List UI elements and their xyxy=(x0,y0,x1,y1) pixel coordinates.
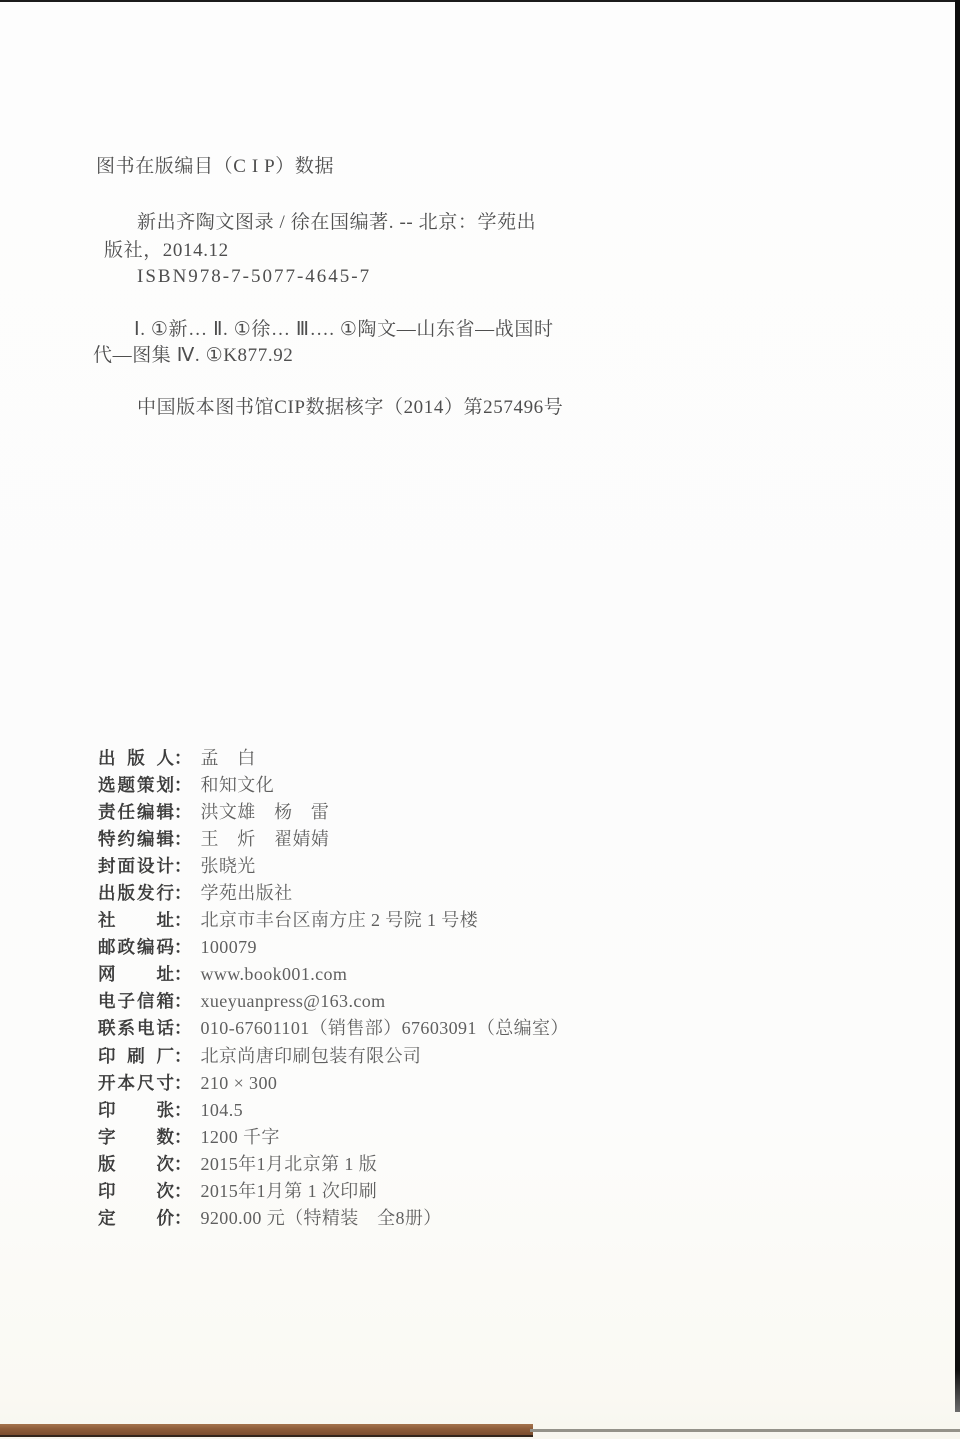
colophon-row-colon: ： xyxy=(174,883,192,903)
colophon-row: 开本尺寸：210 × 300 xyxy=(98,1070,858,1097)
colophon-row: 印张：104.5 xyxy=(98,1097,858,1124)
colophon-row: 印刷厂：北京尚唐印刷包装有限公司 xyxy=(98,1043,858,1070)
scan-bottom-line xyxy=(530,1429,960,1432)
colophon-row: 字数：1200 千字 xyxy=(98,1124,858,1151)
colophon-row-value: 洪文雄 杨 雷 xyxy=(201,802,330,822)
colophon-row: 电子信箱：xueyuanpress@163.com xyxy=(98,988,858,1015)
colophon-row-colon: ： xyxy=(174,1154,192,1174)
colophon-row-value: 2015年1月第 1 次印刷 xyxy=(201,1181,378,1201)
colophon-row: 版次：2015年1月北京第 1 版 xyxy=(98,1151,858,1178)
book-colophon-page: 图书在版编目（C I P）数据 新出齐陶文图录 / 徐在国编著. -- 北京：学… xyxy=(0,0,960,1439)
colophon-row-colon: ： xyxy=(174,1181,192,1201)
colophon-row: 封面设计：张晓光 xyxy=(98,853,858,880)
colophon-row-label: 责任编辑 xyxy=(98,799,174,826)
colophon-row-colon: ： xyxy=(174,775,192,795)
colophon-row-colon: ： xyxy=(174,1073,192,1093)
colophon-row: 特约编辑：王 炘 翟婧婧 xyxy=(98,826,858,853)
colophon-row-value: 210 × 300 xyxy=(201,1073,278,1093)
cip-title-line-2: 版社，2014.12 xyxy=(104,240,229,262)
colophon-row-label: 开本尺寸 xyxy=(98,1070,174,1097)
colophon-row-colon: ： xyxy=(174,937,192,957)
colophon-row-value: 100079 xyxy=(201,937,257,957)
cip-title-line-1: 新出齐陶文图录 / 徐在国编著. -- 北京：学苑出 xyxy=(137,212,536,234)
colophon-row-value: xueyuanpress@163.com xyxy=(201,991,386,1011)
colophon-row: 出版人：孟 白 xyxy=(98,745,858,772)
colophon-row-label: 网址 xyxy=(98,961,174,988)
colophon-row: 出版发行：学苑出版社 xyxy=(98,880,858,907)
colophon-row: 责任编辑：洪文雄 杨 雷 xyxy=(98,799,858,826)
cip-record-number: 中国版本图书馆CIP数据核字（2014）第257496号 xyxy=(137,397,563,419)
colophon-row-label: 版次 xyxy=(98,1151,174,1178)
colophon-row-colon: ： xyxy=(174,991,192,1011)
colophon-row-colon: ： xyxy=(174,1100,192,1120)
colophon-row-value: www.book001.com xyxy=(201,964,348,984)
colophon-row-label: 印张 xyxy=(98,1097,174,1124)
colophon-row-value: 9200.00 元（特精装 全8册） xyxy=(201,1208,442,1228)
colophon-row-label: 印次 xyxy=(98,1178,174,1205)
colophon-row-value: 104.5 xyxy=(201,1100,244,1120)
colophon-row: 选题策划：和知文化 xyxy=(98,772,858,799)
colophon-row-colon: ： xyxy=(174,829,192,849)
colophon-row-colon: ： xyxy=(174,748,192,768)
colophon-row-label: 特约编辑 xyxy=(98,826,174,853)
colophon-row: 定价：9200.00 元（特精装 全8册） xyxy=(98,1205,858,1232)
colophon-row-value: 北京尚唐印刷包装有限公司 xyxy=(201,1046,422,1066)
colophon-row-value: 2015年1月北京第 1 版 xyxy=(201,1154,378,1174)
cip-classification-line-2: 代—图集 Ⅳ. ①K877.92 xyxy=(93,345,293,367)
colophon-row-label: 出版人 xyxy=(98,745,174,772)
colophon-row-label: 定价 xyxy=(98,1205,174,1232)
colophon-row-label: 选题策划 xyxy=(98,772,174,799)
colophon-row-colon: ： xyxy=(174,1127,192,1147)
scan-right-edge xyxy=(955,0,960,1412)
colophon-row-colon: ： xyxy=(174,1018,192,1038)
colophon-list: 出版人：孟 白选题策划：和知文化责任编辑：洪文雄 杨 雷特约编辑：王 炘 翟婧婧… xyxy=(98,745,858,1232)
colophon-row-value: 孟 白 xyxy=(201,748,256,768)
cip-isbn: ISBN978-7-5077-4645-7 xyxy=(137,266,371,288)
colophon-row-colon: ： xyxy=(174,910,192,930)
colophon-row-value: 010-67601101（销售部）67603091（总编室） xyxy=(201,1018,569,1038)
colophon-row-colon: ： xyxy=(174,856,192,876)
cip-heading: 图书在版编目（C I P）数据 xyxy=(96,156,334,178)
colophon-row: 网址：www.book001.com xyxy=(98,961,858,988)
colophon-row-value: 张晓光 xyxy=(201,856,256,876)
colophon-row-value: 1200 千字 xyxy=(201,1127,280,1147)
colophon-row-colon: ： xyxy=(174,1208,192,1228)
colophon-row-colon: ： xyxy=(174,802,192,822)
cip-classification-line-1: Ⅰ. ①新… Ⅱ. ①徐… Ⅲ…. ①陶文—山东省—战国时 xyxy=(134,319,554,341)
colophon-row: 联系电话：010-67601101（销售部）67603091（总编室） xyxy=(98,1015,858,1042)
book-spine-edge xyxy=(0,1424,533,1437)
colophon-row-label: 字数 xyxy=(98,1124,174,1151)
colophon-row-label: 出版发行 xyxy=(98,880,174,907)
colophon-row-label: 社址 xyxy=(98,907,174,934)
colophon-row-label: 电子信箱 xyxy=(98,988,174,1015)
colophon-row: 印次：2015年1月第 1 次印刷 xyxy=(98,1178,858,1205)
colophon-row-label: 联系电话 xyxy=(98,1015,174,1042)
colophon-row-label: 封面设计 xyxy=(98,853,174,880)
colophon-row-value: 北京市丰台区南方庄 2 号院 1 号楼 xyxy=(201,910,479,930)
colophon-row: 社址：北京市丰台区南方庄 2 号院 1 号楼 xyxy=(98,907,858,934)
colophon-row-value: 学苑出版社 xyxy=(201,883,293,903)
colophon-row-value: 和知文化 xyxy=(201,775,275,795)
colophon-row-label: 印刷厂 xyxy=(98,1043,174,1070)
colophon-row-value: 王 炘 翟婧婧 xyxy=(201,829,330,849)
colophon-row: 邮政编码：100079 xyxy=(98,934,858,961)
colophon-row-colon: ： xyxy=(174,964,192,984)
colophon-row-colon: ： xyxy=(174,1046,192,1066)
scan-top-edge xyxy=(0,0,960,2)
colophon-row-label: 邮政编码 xyxy=(98,934,174,961)
